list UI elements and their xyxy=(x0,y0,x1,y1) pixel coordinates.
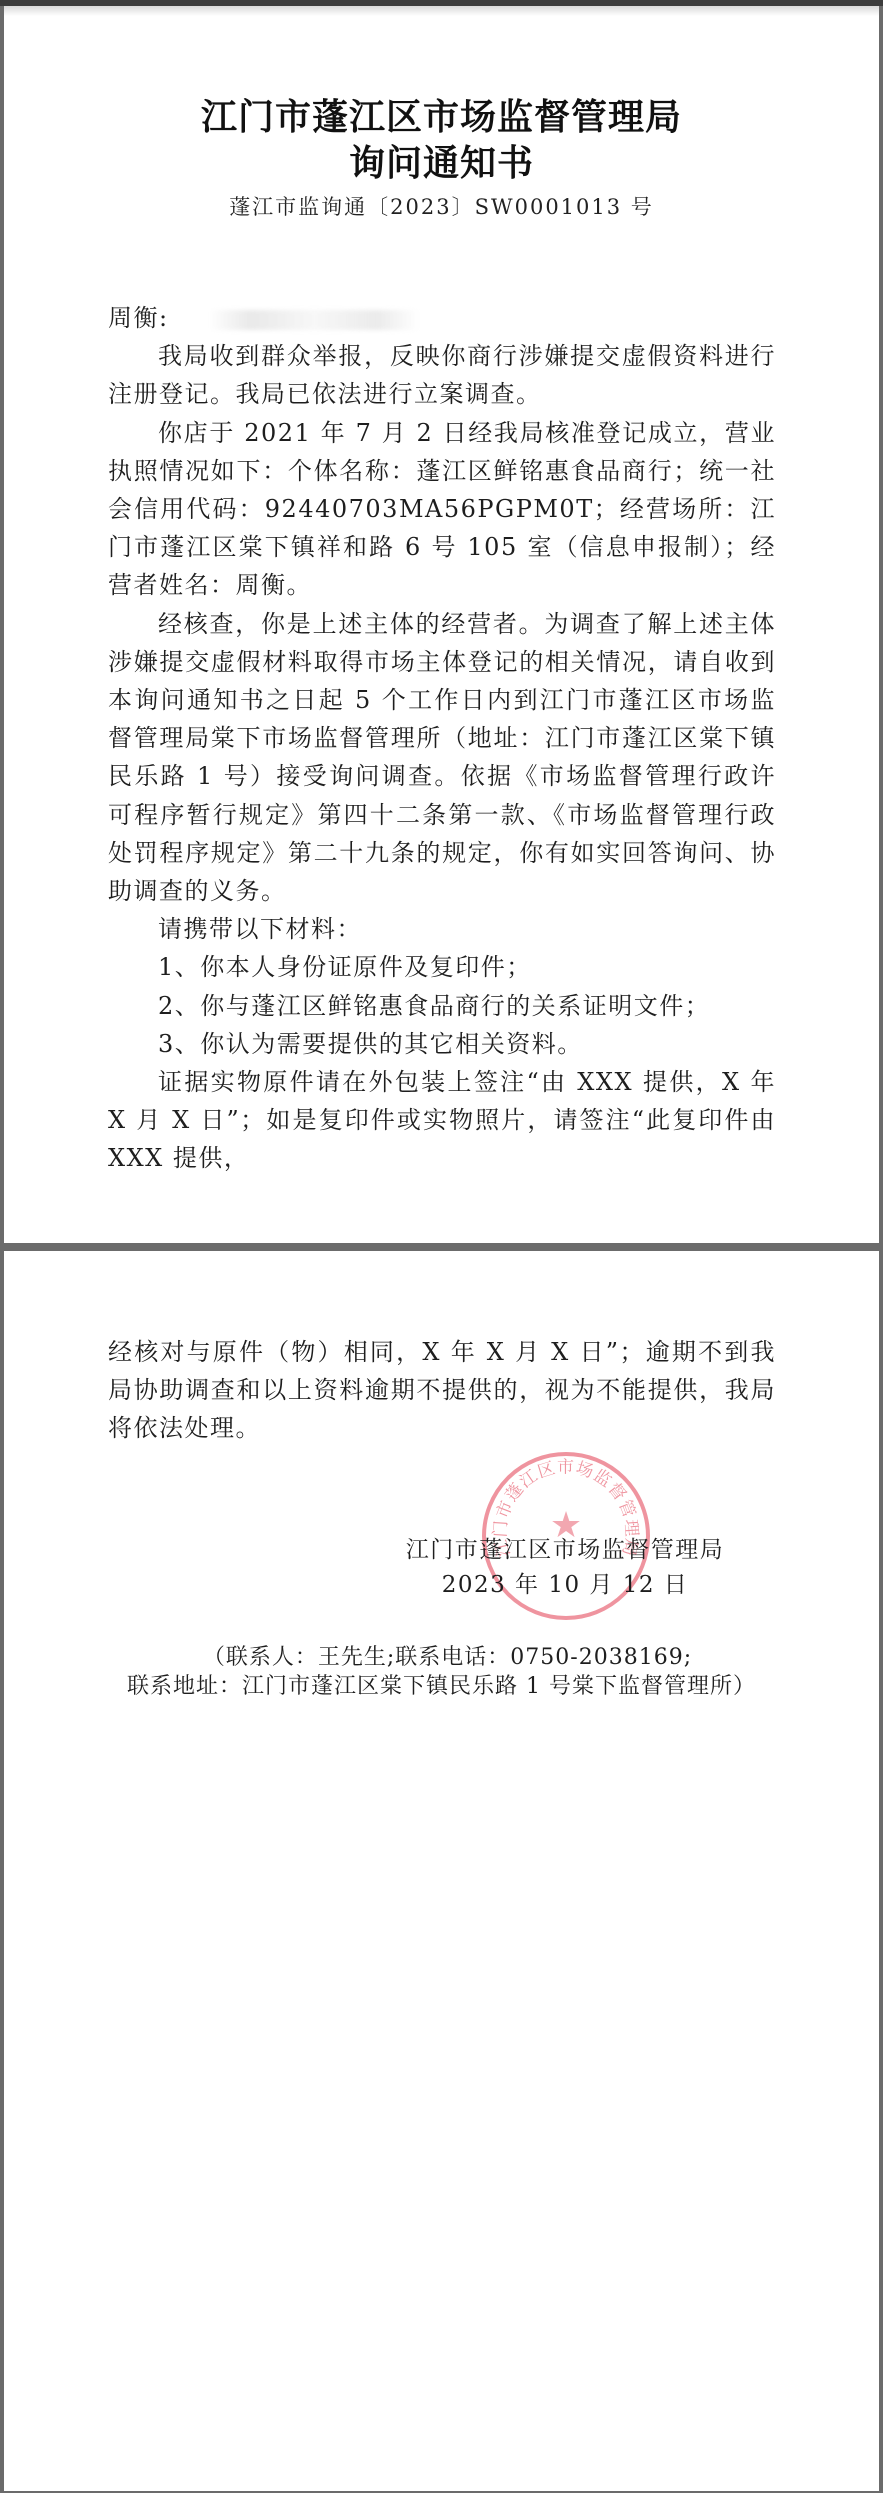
notice-body-page-1: 周衡: 我局收到群众举报，反映你商行涉嫌提交虚假资料进行注册登记。我局已依法进行… xyxy=(108,299,776,1178)
materials-heading: 请携带以下材料： xyxy=(108,910,776,948)
contact-person-phone: （联系人：王先生;联系电话：0750-2038169; xyxy=(6,1643,883,1673)
paragraph-inquiry-request: 经核查，你是上述主体的经营者。为调查了解上述主体涉嫌提交虚假材料取得市场主体登记… xyxy=(108,605,776,911)
material-item-2: 2、你与蓬江区鲜铭惠食品商行的关系证明文件； xyxy=(108,987,776,1025)
paragraph-registration-info: 你店于 2021 年 7 月 2 日经我局核准登记成立，营业执照情况如下：个体名… xyxy=(108,414,776,605)
paragraph-report: 我局收到群众举报，反映你商行涉嫌提交虚假资料进行注册登记。我局已依法进行立案调查… xyxy=(108,337,776,413)
paragraph-evidence-note-continued: 经核对与原件（物）相同，X 年 X 月 X 日”；逾期不到我局协助调查和以上资料… xyxy=(108,1333,776,1448)
salutation: 周衡: xyxy=(108,299,776,337)
recipient-name: 周衡: xyxy=(108,304,169,332)
signature-date: 2023 年 10 月 12 日 xyxy=(400,1568,730,1602)
redacted-address-blur xyxy=(209,310,419,330)
document-type-title: 询问通知书 xyxy=(0,143,883,183)
contact-address: 联系地址：江门市蓬江区棠下镇民乐路 1 号棠下监督管理所） xyxy=(0,1672,883,1702)
material-item-1: 1、你本人身份证原件及复印件； xyxy=(108,948,776,986)
paragraph-evidence-note: 证据实物原件请在外包装上签注“由 XXX 提供，X 年 X 月 X 日”；如是复… xyxy=(108,1063,776,1178)
signature-organization: 江门市蓬江区市场监督管理局 xyxy=(400,1533,730,1567)
material-item-3: 3、你认为需要提供的其它相关资料。 xyxy=(108,1025,776,1063)
notice-body-page-2: 经核对与原件（物）相同，X 年 X 月 X 日”；逾期不到我局协助调查和以上资料… xyxy=(108,1333,776,1448)
issuer-title: 江门市蓬江区市场监督管理局 xyxy=(0,97,883,137)
scan-edge-shadow xyxy=(4,6,879,16)
document-number: 蓬江市监询通〔2023〕SW0001013 号 xyxy=(0,194,883,220)
